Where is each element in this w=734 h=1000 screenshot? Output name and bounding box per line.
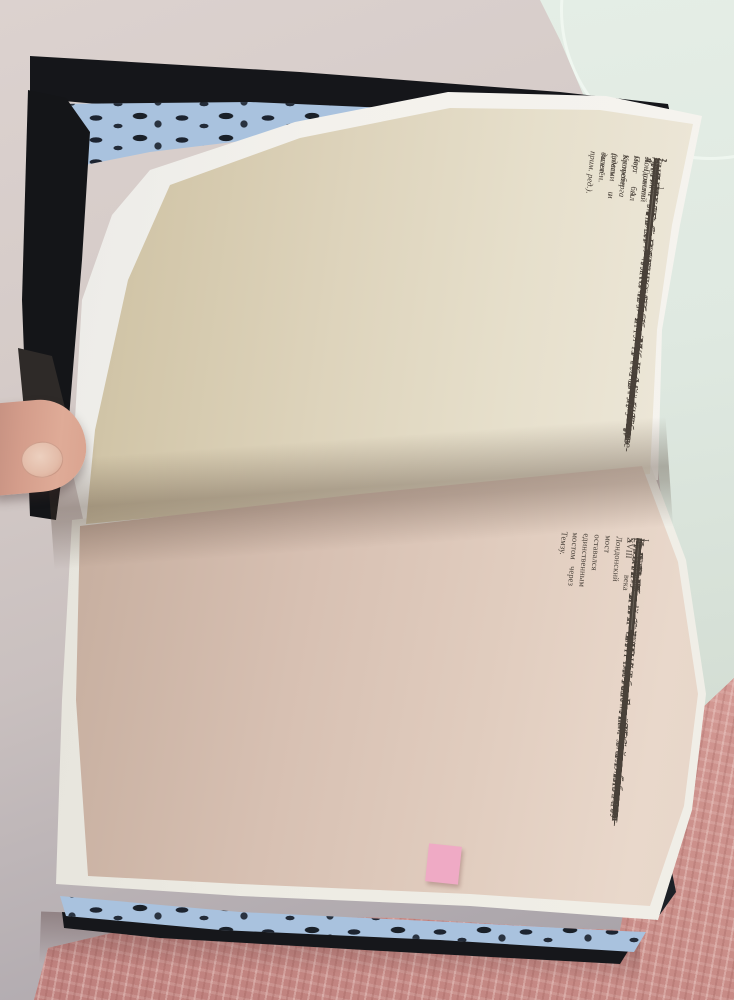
sticky-bookmark-tab <box>425 843 462 884</box>
page-4-text-block: — «Так всех нас совесть обращает в трусо… <box>100 103 665 516</box>
page-number: 4 <box>640 156 655 163</box>
photo-of-open-book: — «Так всех нас совесть обращает в трусо… <box>0 0 734 1000</box>
page-number: 5 <box>623 537 638 544</box>
fingernail <box>20 440 65 480</box>
page-5-text-block: — Даже не заметно, что мы стоим на мосту… <box>87 493 646 898</box>
